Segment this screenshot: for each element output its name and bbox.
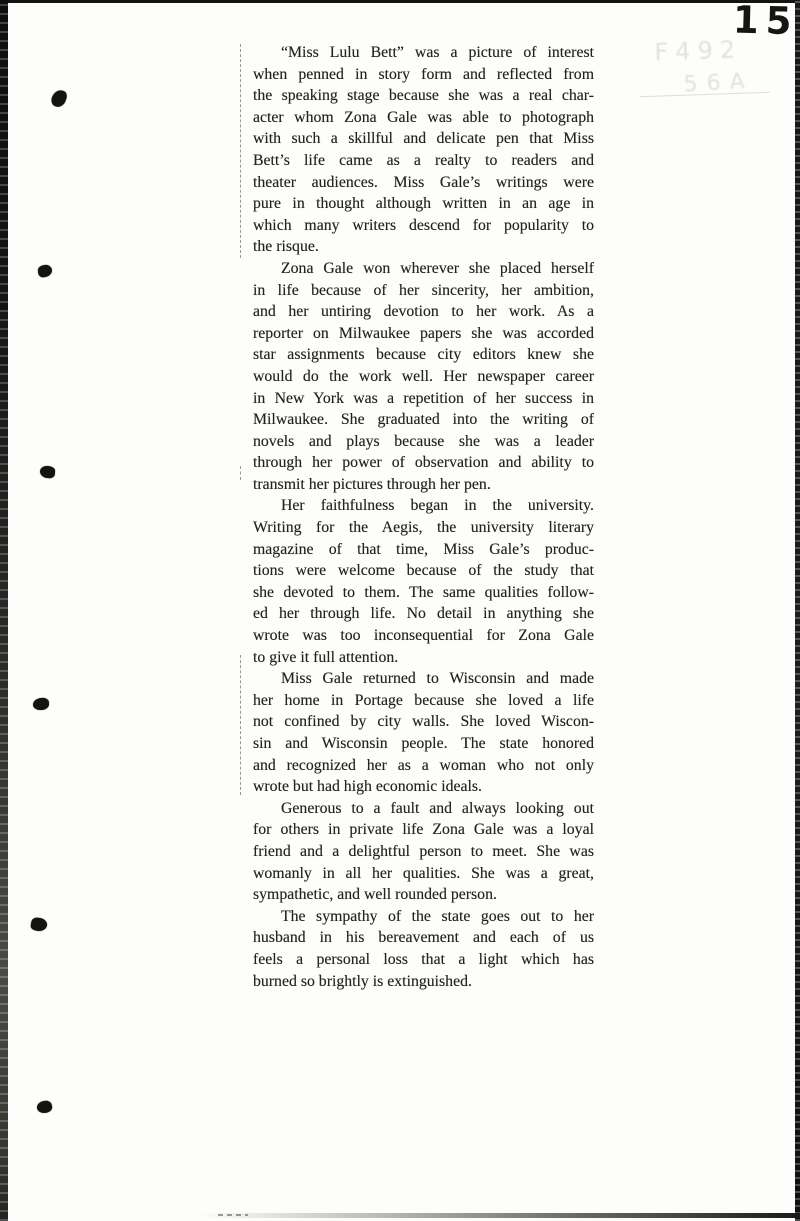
ink-dot xyxy=(30,917,48,933)
text-line: Milwaukee. She graduated into the writin… xyxy=(253,409,594,431)
text-line: in life because of her sincerity, her am… xyxy=(253,280,594,302)
text-line: ed her through life. No detail in anythi… xyxy=(253,603,594,625)
text-line: in New York was a repetition of her succ… xyxy=(253,388,594,410)
text-line: reporter on Milwaukee papers she was acc… xyxy=(253,323,594,345)
text-line: friend and a delightful person to meet. … xyxy=(253,841,594,863)
text-line: The sympathy of the state goes out to he… xyxy=(253,906,594,928)
ink-dot xyxy=(36,1100,53,1115)
text-line: Zona Gale won wherever she placed hersel… xyxy=(253,258,594,280)
text-line: “Miss Lulu Bett” was a picture of intere… xyxy=(253,42,594,64)
text-line: the risque. xyxy=(253,236,594,258)
text-line: pure in thought although written in an a… xyxy=(253,193,594,215)
text-line: her home in Portage because she loved a … xyxy=(253,690,594,712)
text-line: would do the work well. Her newspaper ca… xyxy=(253,366,594,388)
ink-dot xyxy=(50,88,69,108)
text-line: she devoted to them. The same qualities … xyxy=(253,582,594,604)
text-line: womanly in all her qualities. She was a … xyxy=(253,863,594,885)
text-line: through her power of observation and abi… xyxy=(253,452,594,474)
ink-dot xyxy=(33,697,50,710)
ink-dot xyxy=(39,465,55,479)
paragraph: Zona Gale won wherever she placed hersel… xyxy=(253,258,594,496)
paragraph: Generous to a fault and always looking o… xyxy=(253,798,594,906)
scan-edge-bottom xyxy=(200,1213,800,1218)
text-line: acter whom Zona Gale was able to photogr… xyxy=(253,107,594,129)
text-line: feels a personal loss that a light which… xyxy=(253,949,594,971)
text-line: not confined by city walls. She loved Wi… xyxy=(253,711,594,733)
paragraph: Miss Gale returned to Wisconsin and made… xyxy=(253,668,594,798)
text-line: star assignments because city editors kn… xyxy=(253,344,594,366)
text-line: husband in his bereavement and each of u… xyxy=(253,927,594,949)
text-line: tions were welcome because of the study … xyxy=(253,560,594,582)
scan-edge-bottom-dashes xyxy=(218,1214,248,1216)
text-line: Her faithfulness began in the university… xyxy=(253,495,594,517)
text-line: Miss Gale returned to Wisconsin and made xyxy=(253,668,594,690)
text-line: wrote but had high economic ideals. xyxy=(253,776,594,798)
text-line: Generous to a fault and always looking o… xyxy=(253,798,594,820)
faint-stamp: F492 56A xyxy=(654,34,796,98)
pencil-margin-line xyxy=(240,655,241,795)
paragraph: “Miss Lulu Bett” was a picture of intere… xyxy=(253,42,594,258)
text-line: to give it full attention. xyxy=(253,647,594,669)
text-line: the speaking stage because she was a rea… xyxy=(253,85,594,107)
text-line: and her untiring devotion to her work. A… xyxy=(253,301,594,323)
text-line: when penned in story form and reflected … xyxy=(253,64,594,86)
text-line: wrote was too inconsequential for Zona G… xyxy=(253,625,594,647)
text-line: with such a skillful and delicate pen th… xyxy=(253,128,594,150)
text-line: sympathetic, and well rounded person. xyxy=(253,884,594,906)
text-line: burned so brightly is extinguished. xyxy=(253,971,594,993)
paragraph: The sympathy of the state goes out to he… xyxy=(253,906,594,992)
text-line: which many writers descend for popularit… xyxy=(253,215,594,237)
pencil-margin-line xyxy=(240,44,241,258)
text-line: Bett’s life came as a realty to readers … xyxy=(253,150,594,172)
ink-dot xyxy=(37,264,53,278)
text-line: and recognized her as a woman who not on… xyxy=(253,755,594,777)
scan-edge-left xyxy=(0,0,8,1221)
text-line: Writing for the Aegis, the university li… xyxy=(253,517,594,539)
article-text-column: “Miss Lulu Bett” was a picture of intere… xyxy=(253,42,594,992)
text-line: sin and Wisconsin people. The state hono… xyxy=(253,733,594,755)
scan-edge-top xyxy=(0,0,800,3)
text-line: theater audiences. Miss Gale’s writings … xyxy=(253,172,594,194)
paragraph: Her faithfulness began in the university… xyxy=(253,495,594,668)
text-line: magazine of that time, Miss Gale’s produ… xyxy=(253,539,594,561)
scan-edge-right xyxy=(795,0,800,1221)
faint-stamp-line: F492 xyxy=(654,34,795,67)
scanned-document-page: 15 F492 56A “Miss Lulu Bett” was a pictu… xyxy=(0,0,800,1221)
pencil-margin-line xyxy=(240,466,241,480)
text-line: novels and plays because she was a leade… xyxy=(253,431,594,453)
text-line: transmit her pictures through her pen. xyxy=(253,474,594,496)
text-line: for others in private life Zona Gale was… xyxy=(253,819,594,841)
